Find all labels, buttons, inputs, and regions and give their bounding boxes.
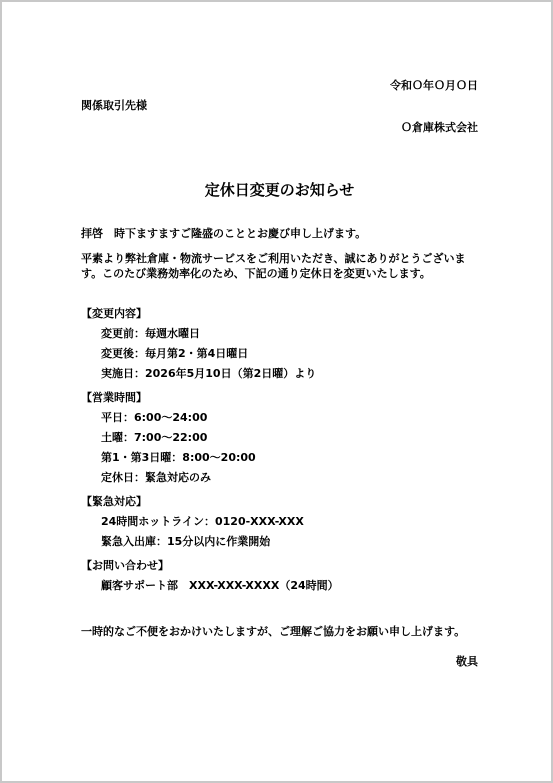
section-item-weekday-hours: 平日：6:00～24:00 bbox=[101, 410, 478, 425]
section-business-hours: 【営業時間】 平日：6:00～24:00 土曜：7:00～22:00 第1・第3… bbox=[81, 390, 478, 485]
document-title: 定休日変更のお知らせ bbox=[81, 179, 478, 201]
section-change-details: 【変更内容】 変更前：毎週水曜日 変更後：毎月第2・第4日曜日 実施日：2026… bbox=[81, 306, 478, 381]
sender-company: Ｏ倉庫株式会社 bbox=[81, 120, 478, 135]
recipient-name: 関係取引先様 bbox=[81, 98, 478, 113]
section-item-effective-date: 実施日：2026年5月10日（第2日曜）より bbox=[101, 366, 478, 381]
section-contact: 【お問い合わせ】 顧客サポート部 XXX-XXX-XXXX（24時間） bbox=[81, 558, 478, 593]
document-date: 令和Ｏ年Ｏ月Ｏ日 bbox=[81, 78, 478, 93]
section-item-holiday-policy: 定休日：緊急対応のみ bbox=[101, 470, 478, 485]
section-heading: 【緊急対応】 bbox=[81, 494, 478, 509]
document-page: 令和Ｏ年Ｏ月Ｏ日 関係取引先様 Ｏ倉庫株式会社 定休日変更のお知らせ 拝啓 時下… bbox=[0, 0, 553, 783]
section-item-hotline: 24時間ホットライン：0120-XXX-XXX bbox=[101, 514, 478, 529]
section-item-before-change: 変更前：毎週水曜日 bbox=[101, 326, 478, 341]
section-item-support-phone: 顧客サポート部 XXX-XXX-XXXX（24時間） bbox=[101, 578, 478, 593]
intro-paragraph: 平素より弊社倉庫・物流サービスをご利用いただき、誠にありがとうございます。このた… bbox=[81, 251, 484, 281]
section-item-emergency-warehouse: 緊急入出庫：15分以内に作業開始 bbox=[101, 534, 478, 549]
section-item-sunday-hours: 第1・第3日曜：8:00～20:00 bbox=[101, 450, 478, 465]
section-item-saturday-hours: 土曜：7:00～22:00 bbox=[101, 430, 478, 445]
complimentary-close: 敬具 bbox=[81, 654, 478, 669]
section-emergency-response: 【緊急対応】 24時間ホットライン：0120-XXX-XXX 緊急入出庫：15分… bbox=[81, 494, 478, 549]
greeting-line: 拝啓 時下ますますご隆盛のこととお慶び申し上げます。 bbox=[81, 226, 478, 241]
section-heading: 【変更内容】 bbox=[81, 306, 478, 321]
section-item-after-change: 変更後：毎月第2・第4日曜日 bbox=[101, 346, 478, 361]
section-heading: 【営業時間】 bbox=[81, 390, 478, 405]
closing-remark: 一時的なご不便をおかけいたしますが、ご理解ご協力をお願い申し上げます。 bbox=[81, 624, 478, 639]
section-heading: 【お問い合わせ】 bbox=[81, 558, 478, 573]
